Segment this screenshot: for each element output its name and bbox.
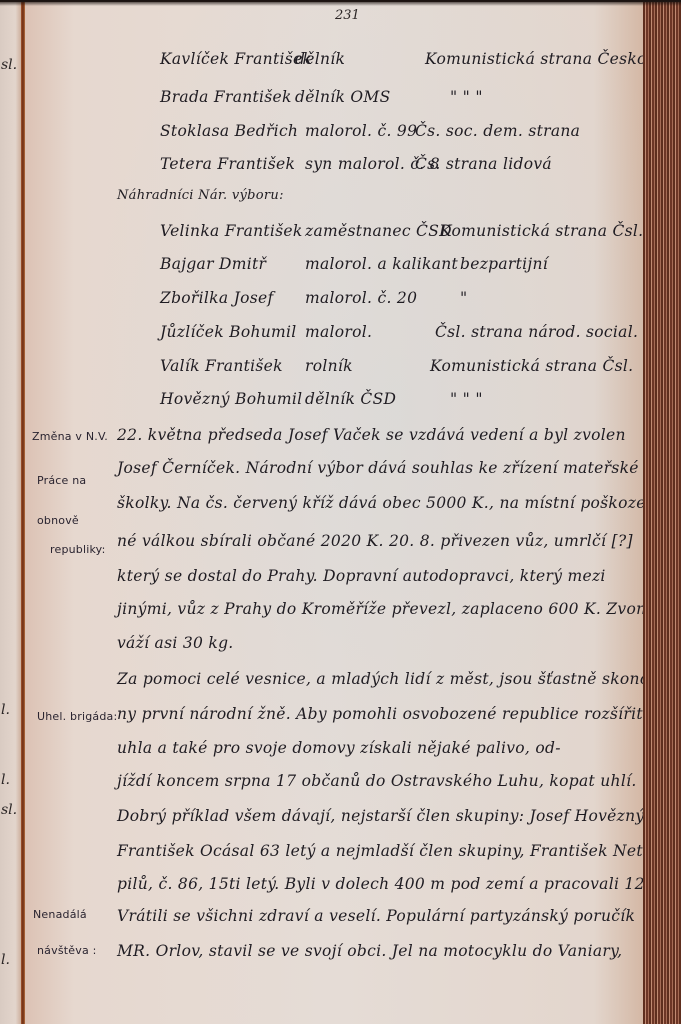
substitute-occupation: malorol. č. 20 [305,289,417,307]
substitute-party: Čsl. strana národ. social. [435,323,638,341]
left-page-edge: sl. l. l. sl. l. [0,2,22,1024]
member-occupation: dělník [295,50,345,68]
margin-label-visit: Nenadálá [33,908,87,921]
substitute-occupation: rolník [305,357,353,375]
chronicle-page: 231 Kavlíček František dělník Komunistic… [25,2,643,1024]
margin-label-work: obnově [37,514,79,527]
margin-label-work: republiky: [50,543,106,556]
substitute-name: Velinka František [160,222,303,240]
substitute-party: bezpartijní [460,255,548,273]
member-party: Čs. strana lidová [415,155,552,173]
substitute-name: Zbořilka Josef [160,289,274,307]
substitute-party: " [460,289,467,307]
margin-label-work: Práce na [37,474,86,487]
body-line: váží asi 30 kg. [117,634,234,652]
margin-label-coal-brigade: Uhel. brigáda: [37,710,117,723]
body-line: František Ocásal 63 letý a nejmladší čle… [117,842,656,860]
member-party: Čs. soc. dem. strana [415,122,580,140]
member-party: " " " [450,88,483,106]
body-line: školky. Na čs. červený kříž dává obec 50… [117,494,651,512]
body-line: který se dostal do Prahy. Dopravní autod… [117,567,606,585]
member-name: Tetera František [160,155,295,173]
substitute-occupation: dělník ČSD [305,390,396,408]
body-line: né válkou sbírali občané 2020 K. 20. 8. … [117,532,633,550]
body-line: MR. Orlov, stavil se ve svojí obci. Jel … [117,942,622,960]
left-page-fragment: sl. [1,802,17,818]
body-line: jinými, vůz z Prahy do Kroměříže převezl… [117,600,646,618]
substitute-occupation: malorol. [305,323,372,341]
substitute-party: " " " [450,390,483,408]
substitute-name: Hovězný Bohumil [160,390,302,408]
substitute-party: Komunistická strana Čsl. [440,222,643,240]
left-page-fragment: sl. [1,57,17,73]
margin-label-change: Změna v N.V. [32,430,108,443]
body-line: Josef Černíček. Národní výbor dává souhl… [117,459,639,477]
substitute-name: Valík František [160,357,283,375]
body-line: Za pomoci celé vesnice, a mladých lidí z… [117,670,664,688]
body-line: Vrátili se všichni zdraví a veselí. Popu… [117,907,635,925]
margin-label-visit: návštěva : [37,944,97,957]
member-occupation: malorol. č. 99 [305,122,417,140]
left-page-fragment: l. [1,772,10,788]
body-line: ny první národní žně. Aby pomohli osvobo… [117,705,643,723]
body-line: Dobrý příklad všem dávají, nejstarší čle… [117,807,681,825]
body-line: jíždí koncem srpna 17 občanů do Ostravsk… [117,772,637,790]
left-page-fragment: l. [1,952,10,968]
substitute-party: Komunistická strana Čsl. [430,357,633,375]
body-line: 22. května předseda Josef Vaček se vzdáv… [117,426,626,444]
substitute-name: Bajgar Dmitř [160,255,266,273]
page-number: 231 [335,8,360,23]
member-name: Stoklasa Bedřich [160,122,298,140]
substitute-name: Jůzlíček Bohumil [160,323,297,341]
substitute-occupation: malorol. a kalikant [305,255,458,273]
body-line: pilů, č. 86, 15ti letý. Byli v dolech 40… [117,875,681,893]
top-shadow [0,0,681,6]
body-line: uhla a také pro svoje domovy získali něj… [117,739,561,757]
substitutes-heading: Náhradníci Nár. výboru: [117,188,284,203]
member-occupation: dělník OMS [295,88,391,106]
left-page-fragment: l. [1,702,10,718]
member-name: Kavlíček František [160,50,312,68]
member-name: Brada František [160,88,292,106]
substitute-occupation: zaměstnanec ČSD [305,222,452,240]
open-book: sl. l. l. sl. l. 231 Kavlíček František … [0,0,681,1024]
book-page-edges [643,2,681,1024]
